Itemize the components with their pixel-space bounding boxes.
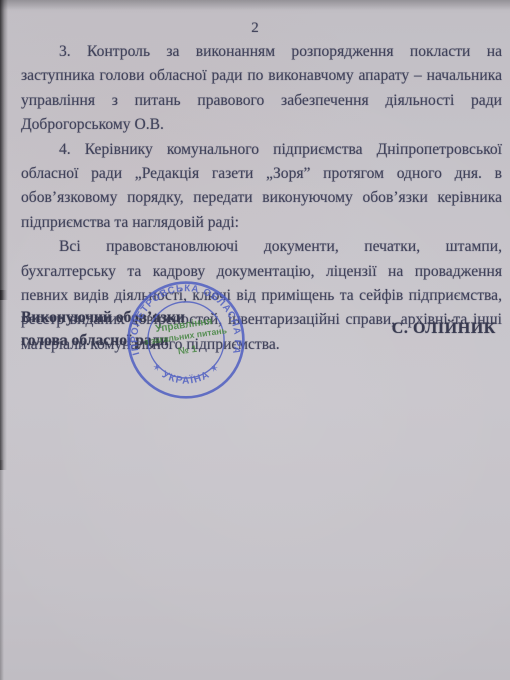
photo-edge-left bbox=[0, 460, 4, 680]
official-seal-stamp: ДНІПРОПЕТРОВСЬКА ОБЛАСНА РАДА ✶ УКРАЇНА … bbox=[121, 281, 251, 403]
signature-block: Виконуючий обов’язки голова обласної рад… bbox=[21, 306, 502, 352]
photo-edge-left bbox=[0, 0, 8, 300]
signatory-name: С. ОЛІЙНИК bbox=[392, 320, 502, 338]
photo-edge-top bbox=[0, 0, 510, 10]
seal-inner-line3: № 1 bbox=[177, 344, 198, 358]
paragraph-directive: 4. Керівнику комунального підприємства Д… bbox=[21, 138, 502, 236]
seal-country-name: ✶ УКРАЇНА ✶ bbox=[149, 361, 223, 386]
photo-edge-left bbox=[0, 290, 7, 470]
seal-inner-text: Управління з загальних питань № 1 bbox=[142, 314, 230, 362]
scanned-document-page: 2 3. Контроль за виконанням розпорядженн… bbox=[0, 0, 510, 680]
paragraph-control: 3. Контроль за виконанням розпорядження … bbox=[21, 40, 502, 138]
seal-bottom-arc-text: ✶ УКРАЇНА ✶ bbox=[149, 361, 223, 386]
page-number: 2 bbox=[0, 20, 510, 37]
